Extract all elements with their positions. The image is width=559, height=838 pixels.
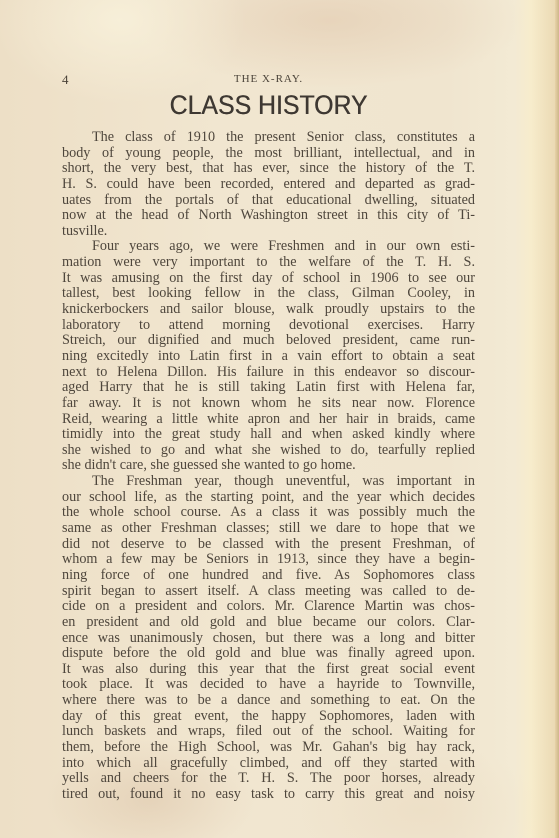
text-line: aged Harry that he is still taking Latin… [62, 380, 475, 396]
text-line: tired out, found it no easy task to carr… [62, 787, 475, 803]
text-line: Four years ago, we were Freshmen and in … [62, 239, 475, 255]
text-line: she wished to go and what she wished to … [62, 443, 475, 459]
text-line: into which all gracefully climbed, and o… [62, 756, 475, 772]
article-body: The class of 1910 the present Senior cla… [62, 130, 475, 803]
page-title: CLASS HISTORY [79, 90, 459, 121]
text-line: far away. It is not known whom he sits n… [62, 396, 475, 412]
text-line: the whole school course. As a class it w… [62, 505, 475, 521]
text-line: knickerbockers and sailor blouse, walk p… [62, 302, 475, 318]
text-line: did not deserve to be classed with the p… [62, 537, 475, 553]
text-line: she didn't care, she guessed she wanted … [62, 458, 475, 474]
text-line: day of this great event, the happy Sopho… [62, 709, 475, 725]
text-line: spirit began to assert itself. A class m… [62, 584, 475, 600]
text-line: dispute before the old gold and blue was… [62, 646, 475, 662]
text-line: lunch baskets and wraps, filed out of th… [62, 724, 475, 740]
text-line: The Freshman year, though uneventful, wa… [62, 474, 475, 490]
text-line: short, the very best, that has ever, sin… [62, 161, 475, 177]
text-line: tusville. [62, 224, 475, 240]
journal-name: THE X-RAY. [62, 73, 475, 85]
text-line: The class of 1910 the present Senior cla… [62, 130, 475, 146]
binding-edge [555, 0, 559, 838]
text-line: laboratory to attend morning devotional … [62, 318, 475, 334]
text-line: our school life, as the starting point, … [62, 490, 475, 506]
text-line: cide on a president and colors. Mr. Clar… [62, 599, 475, 615]
text-line: It was also during this year that the fi… [62, 662, 475, 678]
text-line: It was amusing on the first day of schoo… [62, 271, 475, 287]
text-line: en president and old gold and blue becam… [62, 615, 475, 631]
text-line: ning excitedly into Latin first in a vai… [62, 349, 475, 365]
running-head: 4 THE X-RAY. [62, 72, 475, 88]
text-line: ning force of one hundred and five. As S… [62, 568, 475, 584]
text-line: mation were very important to the welfar… [62, 255, 475, 271]
text-line: same as other Freshman classes; still we… [62, 521, 475, 537]
text-line: timidly into the great study hall and wh… [62, 427, 475, 443]
text-line: took place. It was decided to have a hay… [62, 677, 475, 693]
text-line: body of young people, the most brilliant… [62, 146, 475, 162]
text-line: tallest, best looking fellow in the clas… [62, 286, 475, 302]
text-line: now at the head of North Washington stre… [62, 208, 475, 224]
text-line: next to Helena Dillon. His failure in th… [62, 365, 475, 381]
scanned-page: 4 THE X-RAY. CLASS HISTORY The class of … [0, 0, 559, 838]
text-line: Streich, our dignified and much beloved … [62, 333, 475, 349]
text-line: H. S. could have been recorded, entered … [62, 177, 475, 193]
text-line: yells and cheers for the T. H. S. The po… [62, 771, 475, 787]
text-line: where there was to be a dance and someth… [62, 693, 475, 709]
text-line: uates from the portals of that education… [62, 193, 475, 209]
text-line: Reid, wearing a little white apron and h… [62, 412, 475, 428]
text-line: them, before the High School, was Mr. Ga… [62, 740, 475, 756]
text-line: ence was unanimously chosen, but there w… [62, 631, 475, 647]
text-line: whom a few may be Seniors in 1913, since… [62, 552, 475, 568]
